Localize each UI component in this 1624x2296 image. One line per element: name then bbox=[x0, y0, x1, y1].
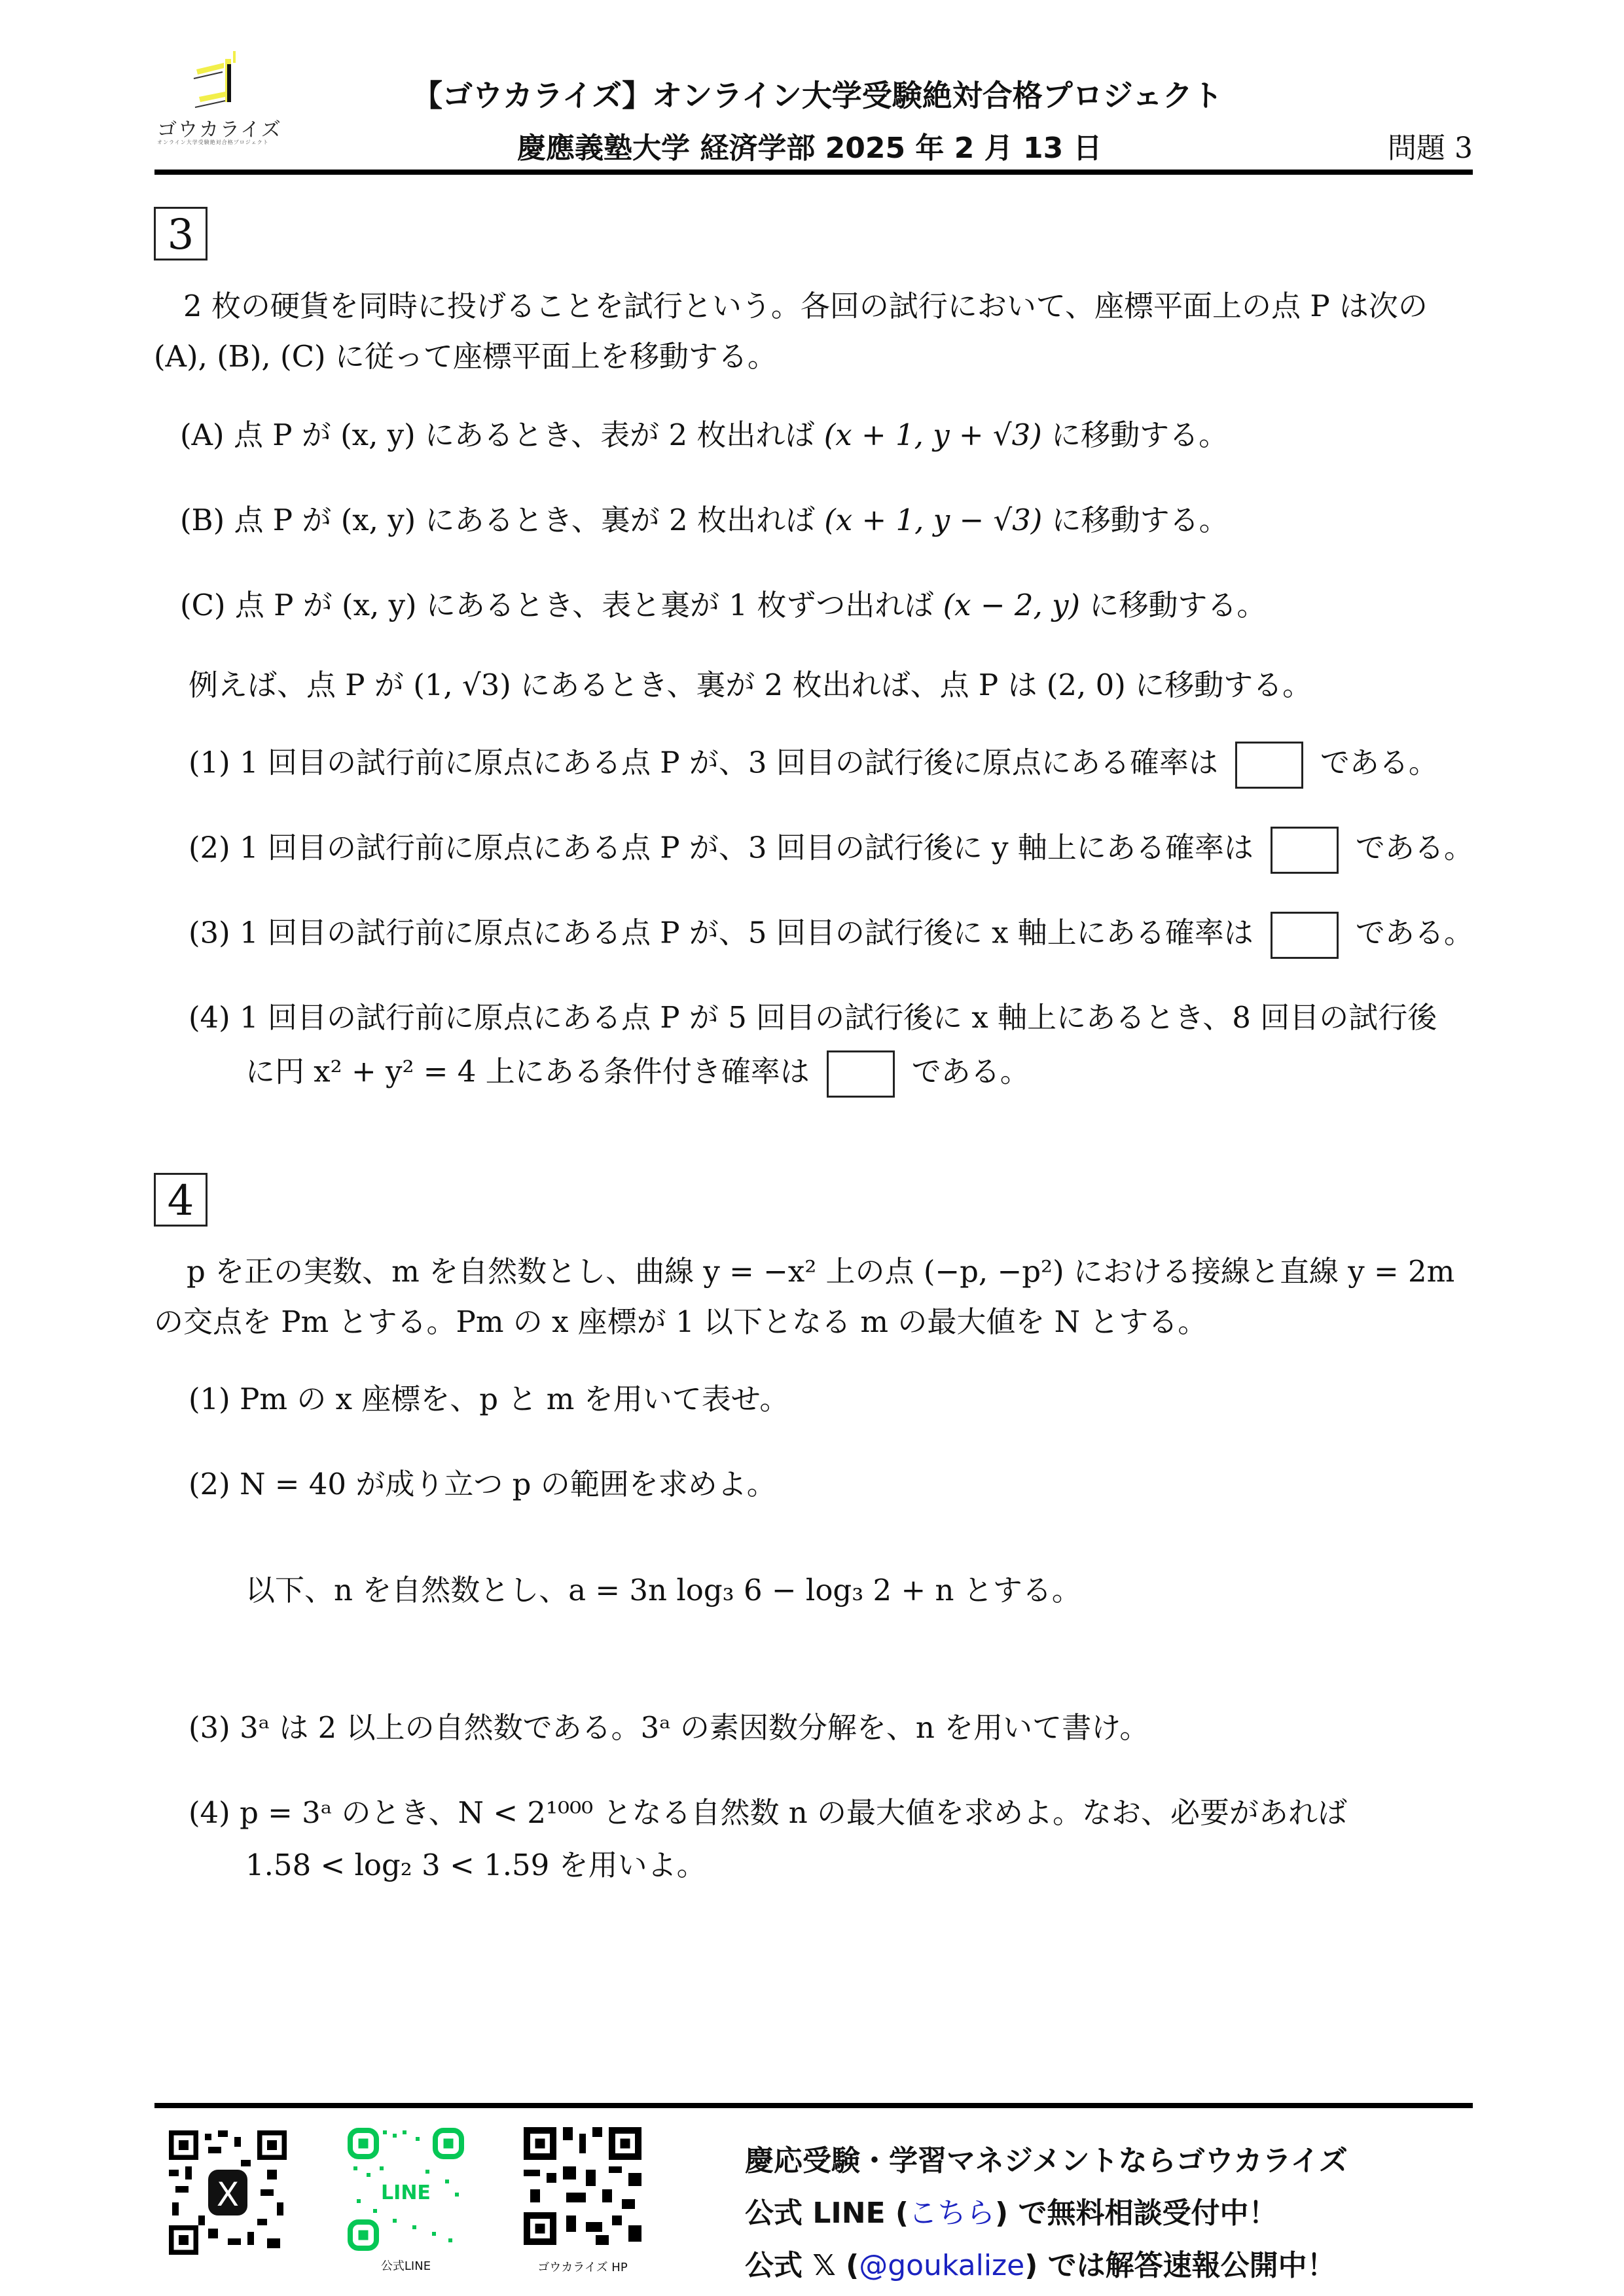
svg-text:X: X bbox=[217, 2176, 239, 2214]
rule-expression: (x + 1, y + √3) bbox=[824, 418, 1042, 452]
footer-tagline: 慶応受験・学習マネジメントならゴウカライズ bbox=[745, 2137, 1348, 2179]
answer-box[interactable] bbox=[1271, 827, 1339, 874]
question-item: (4) p = 3ᵃ のとき、N < 2¹⁰⁰⁰ となる自然数 n の最大値を求… bbox=[189, 1793, 1347, 1833]
question-item: (1) 1 回目の試行前に原点にある点 P が、3 回目の試行後に原点にある確率… bbox=[189, 742, 1438, 789]
page-label: 問題 3 bbox=[1388, 124, 1473, 166]
logo-mark-icon bbox=[191, 51, 250, 110]
rule-label: (A) bbox=[180, 418, 225, 452]
question-item: (1) Pm の x 座標を、p と m を用いて表せ。 bbox=[189, 1380, 789, 1419]
question-item: (2) 1 回目の試行前に原点にある点 P が、3 回目の試行後に y 軸上にあ… bbox=[189, 827, 1473, 874]
header-subtitle: 慶應義塾大学 経済学部 2025 年 2 月 13 日 bbox=[517, 124, 1102, 166]
qr-homepage-label: ゴウカライズ HP bbox=[517, 2258, 648, 2275]
problem3-example: 例えば、点 P が (1, √3) にあるとき、裏が 2 枚出れば、点 P は … bbox=[189, 666, 1312, 705]
question-item-continued: 1.58 < log₂ 3 < 1.59 を用いよ。 bbox=[245, 1846, 706, 1885]
question-item-continued: に円 x² + y² = 4 上にある条件付き確率はである。 bbox=[245, 1050, 1030, 1098]
rule-label: (B) bbox=[180, 503, 225, 537]
qr-line-label: 公式LINE bbox=[347, 2257, 465, 2274]
brand-logo: ゴウカライズ オンライン大学受験絶対合格プロジェクト bbox=[152, 51, 283, 149]
problem3-intro-line1: 2 枚の硬貨を同時に投げることを試行という。各回の試行において、座標平面上の点 … bbox=[183, 287, 1428, 326]
rule-c: (C) 点 P が (x, y) にあるとき、表と裏が 1 枚ずつ出れば (x … bbox=[180, 586, 1266, 625]
question-item: (2) N = 40 が成り立つ p の範囲を求めよ。 bbox=[189, 1465, 776, 1504]
problem-number-box: 4 bbox=[154, 1173, 208, 1227]
answer-box[interactable] bbox=[1271, 912, 1339, 959]
question-item: (4) 1 回目の試行前に原点にある点 P が 5 回目の試行後に x 軸上にあ… bbox=[189, 998, 1437, 1037]
header-title: 【ゴウカライズ】オンライン大学受験絶対合格プロジェクト bbox=[412, 72, 1223, 115]
x-account-link[interactable]: @goukalize bbox=[859, 2249, 1024, 2282]
answer-box[interactable] bbox=[1235, 742, 1303, 789]
logo-text: ゴウカライズ bbox=[157, 113, 282, 142]
problem4-intro-line2: の交点を Pm とする。Pm の x 座標が 1 以下となる m の最大値を N… bbox=[154, 1302, 1207, 1342]
line-link[interactable]: こちら bbox=[909, 2197, 995, 2230]
header-rule bbox=[154, 170, 1473, 175]
footer-rule bbox=[154, 2103, 1473, 2108]
qr-x-icon[interactable]: X bbox=[169, 2130, 287, 2255]
logo-subtext: オンライン大学受験絶対合格プロジェクト bbox=[157, 139, 269, 146]
rule-label: (C) bbox=[180, 588, 226, 622]
problem4-note: 以下、n を自然数とし、a = 3n log₃ 6 − log₃ 2 + n と… bbox=[245, 1571, 1081, 1610]
rule-b: (B) 点 P が (x, y) にあるとき、裏が 2 枚出れば (x + 1,… bbox=[180, 501, 1229, 540]
rule-a: (A) 点 P が (x, y) にあるとき、表が 2 枚出れば (x + 1,… bbox=[180, 416, 1228, 455]
problem3-intro-line2: (A), (B), (C) に従って座標平面上を移動する。 bbox=[154, 337, 777, 376]
problem4-intro-line1: p を正の実数、m を自然数とし、曲線 y = −x² 上の点 (−p, −p²… bbox=[187, 1252, 1454, 1291]
answer-box[interactable] bbox=[827, 1050, 895, 1098]
problem-number-box: 3 bbox=[154, 207, 208, 260]
qr-homepage-icon[interactable] bbox=[524, 2127, 641, 2251]
question-item: (3) 1 回目の試行前に原点にある点 P が、5 回目の試行後に x 軸上にあ… bbox=[189, 912, 1473, 959]
rule-expression: (x − 2, y) bbox=[943, 588, 1080, 622]
qr-line-icon[interactable]: LINE bbox=[347, 2127, 465, 2251]
footer-line-promo: 公式 LINE (こちら) で無料相談受付中！ bbox=[745, 2189, 1277, 2231]
rule-expression: (x + 1, y − √3) bbox=[824, 503, 1042, 537]
footer-x-promo: 公式 𝕏 (@goukalize) では解答速報公開中！ bbox=[745, 2242, 1336, 2284]
question-item: (3) 3ᵃ は 2 以上の自然数である。3ᵃ の素因数分解を、n を用いて書け… bbox=[189, 1708, 1149, 1748]
svg-text:LINE: LINE bbox=[381, 2181, 431, 2204]
